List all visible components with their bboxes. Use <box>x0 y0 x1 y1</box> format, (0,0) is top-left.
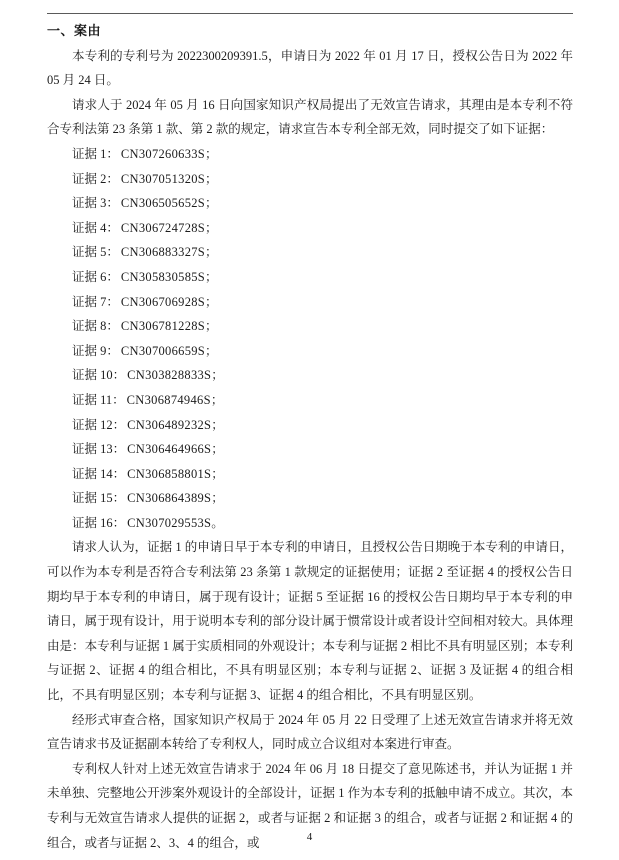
paragraph-acceptance: 经形式审查合格，国家知识产权局于 2024 年 05 月 22 日受理了上述无效… <box>47 708 573 757</box>
evidence-label: 证据 9： <box>72 344 119 358</box>
evidence-code: CN307006659S； <box>121 344 218 358</box>
evidence-item-9: 证据 9：CN307006659S； <box>47 339 573 364</box>
evidence-item-4: 证据 4：CN306724728S； <box>47 216 573 241</box>
evidence-item-1: 证据 1：CN307260633S； <box>47 142 573 167</box>
evidence-code: CN306706928S； <box>121 295 218 309</box>
evidence-code: CN303828833S； <box>127 368 224 382</box>
evidence-code: CN306858801S； <box>127 467 224 481</box>
document-body: 一、案由 本专利的专利号为 2022300209391.5，申请日为 2022 … <box>47 19 573 855</box>
document-page: 一、案由 本专利的专利号为 2022300209391.5，申请日为 2022 … <box>0 0 619 860</box>
evidence-item-10: 证据 10：CN303828833S； <box>47 363 573 388</box>
evidence-item-8: 证据 8：CN306781228S； <box>47 314 573 339</box>
evidence-code: CN307029553S。 <box>127 516 224 530</box>
evidence-item-2: 证据 2：CN307051320S； <box>47 167 573 192</box>
evidence-label: 证据 4： <box>72 221 119 235</box>
evidence-label: 证据 7： <box>72 295 119 309</box>
evidence-label: 证据 13： <box>72 442 125 456</box>
evidence-item-16: 证据 16：CN307029553S。 <box>47 511 573 536</box>
evidence-code: CN307260633S； <box>121 147 218 161</box>
evidence-code: CN306505652S； <box>121 196 218 210</box>
paragraph-patent-info: 本专利的专利号为 2022300209391.5，申请日为 2022 年 01 … <box>47 44 573 93</box>
evidence-label: 证据 10： <box>72 368 125 382</box>
evidence-label: 证据 12： <box>72 418 125 432</box>
evidence-code: CN306883327S； <box>121 245 218 259</box>
evidence-code: CN306874946S； <box>127 393 224 407</box>
evidence-code: CN306781228S； <box>121 319 218 333</box>
evidence-label: 证据 16： <box>72 516 125 530</box>
evidence-code: CN306489232S； <box>127 418 224 432</box>
evidence-label: 证据 8： <box>72 319 119 333</box>
evidence-code: CN306864389S； <box>127 491 224 505</box>
evidence-label: 证据 3： <box>72 196 119 210</box>
page-number: 4 <box>0 831 619 843</box>
evidence-item-12: 证据 12：CN306489232S； <box>47 413 573 438</box>
evidence-item-6: 证据 6：CN305830585S； <box>47 265 573 290</box>
evidence-label: 证据 2： <box>72 172 119 186</box>
evidence-item-5: 证据 5：CN306883327S； <box>47 240 573 265</box>
evidence-label: 证据 6： <box>72 270 119 284</box>
evidence-label: 证据 15： <box>72 491 125 505</box>
evidence-label: 证据 5： <box>72 245 119 259</box>
evidence-item-3: 证据 3：CN306505652S； <box>47 191 573 216</box>
evidence-code: CN307051320S； <box>121 172 218 186</box>
evidence-label: 证据 1： <box>72 147 119 161</box>
evidence-item-14: 证据 14：CN306858801S； <box>47 462 573 487</box>
paragraph-request-info: 请求人于 2024 年 05 月 16 日向国家知识产权局提出了无效宣告请求，其… <box>47 93 573 142</box>
evidence-code: CN305830585S； <box>121 270 218 284</box>
evidence-item-7: 证据 7：CN306706928S； <box>47 290 573 315</box>
evidence-item-15: 证据 15：CN306864389S； <box>47 486 573 511</box>
evidence-code: CN306464966S； <box>127 442 224 456</box>
section-heading: 一、案由 <box>47 19 573 44</box>
evidence-code: CN306724728S； <box>121 221 218 235</box>
evidence-label: 证据 14： <box>72 467 125 481</box>
evidence-list: 证据 1：CN307260633S； 证据 2：CN307051320S； 证据… <box>47 142 573 536</box>
evidence-label: 证据 11： <box>72 393 125 407</box>
evidence-item-11: 证据 11：CN306874946S； <box>47 388 573 413</box>
header-rule <box>47 13 573 14</box>
evidence-item-13: 证据 13：CN306464966S； <box>47 437 573 462</box>
paragraph-requester-arguments: 请求人认为，证据 1 的申请日早于本专利的申请日，且授权公告日期晚于本专利的申请… <box>47 535 573 707</box>
